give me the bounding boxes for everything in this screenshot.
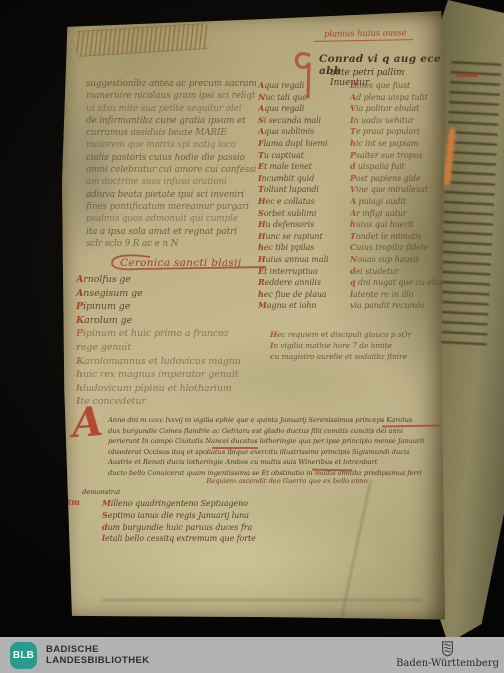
verse-row: Tollunt lupandi Vine que mirallevat: [258, 184, 448, 196]
library-name-line2: LANDESBIBLIOTHEK: [46, 655, 150, 667]
next-page-text-hint: [437, 61, 502, 348]
verse-left-item: Tu captiuat: [258, 150, 350, 162]
verse-left-item: Flama dupl hiemi: [258, 138, 350, 150]
verse-row: Si secunda mali In uadis uehitur: [258, 115, 448, 127]
verse-row: Aqua regali Via politor ebulat: [258, 103, 448, 115]
section-heading: Ceronica sancti blasij: [120, 257, 241, 269]
library-name: BADISCHE LANDESBIBLIOTHEK: [46, 644, 150, 667]
verse-left-item: Aqua sublimis: [258, 126, 350, 138]
genealogy-line: hludovicum pipinu et hlotharium: [76, 382, 306, 396]
verse-row: Nuc tali que Ad plena uispa tulit: [258, 92, 448, 104]
manuscript-line: ut idsu mite sua petite sequitur olei: [86, 103, 282, 115]
annal-line: Austrie et Renati ducis lothoringie Ambo…: [108, 457, 446, 468]
genealogy-line: Arnolfus ge: [76, 273, 306, 287]
chronogram-line: Milleno quadringenteno Septuageno: [102, 498, 256, 510]
chronogram-verse: Milleno quadringenteno SeptuagenoSeptimo…: [102, 498, 256, 545]
manuscript-line: adiuva beata pietate ipsi sci inveniri: [86, 189, 282, 201]
chronogram-line: Septimo ianus die regis Januarij luna: [102, 510, 256, 522]
chronogram-line: dum burgundie huic paruus duces fra: [102, 522, 256, 534]
annal-line: perierunt In campo Ciuitatis Nancei duca…: [108, 436, 446, 447]
verse-right-item: Te praui populari: [350, 126, 448, 138]
verse-row: Aqua regali Dines que fiust: [258, 80, 448, 92]
verse-row: Aqua sublimis Te praui populari: [258, 126, 448, 138]
verse-right-item: Nouas sup hausit: [350, 254, 448, 266]
verse-left-item: Hec e collatas: [258, 196, 350, 208]
verse-right-item: A puiagi audit: [350, 196, 448, 208]
verse-row: Tu captiuat Psalter sue tropus: [258, 150, 448, 162]
parchment-crease: [102, 599, 422, 601]
genealogy-line: Pipinum et huic primo a francoz: [76, 327, 306, 341]
library-name-line1: BADISCHE: [46, 644, 150, 656]
running-title: planius huius ausse: [314, 28, 413, 42]
photo-backdrop: planius huius ausse Conrad vi q aug ece …: [0, 0, 504, 673]
verse-row: Sorbet sublimi Ar infigi uatur: [258, 208, 448, 220]
verse-row: Incumbit quid Post papiens gide: [258, 173, 448, 185]
verse-row: Hu defensoris huius qui huerit: [258, 219, 448, 231]
chronogram-margin-label: Itm: [64, 497, 80, 507]
red-ink-mark: [456, 74, 478, 77]
parchment-stitch-repair: [75, 23, 208, 57]
verse-row: Et male tenet d uispalia fuit: [258, 161, 448, 173]
verse-right-item: Cuius tropibz fidele: [350, 242, 448, 254]
annal-line: obsederat Occisus itaq et spoliatus ibiq…: [108, 447, 446, 458]
annal-last-word: demonstrat: [82, 488, 121, 496]
manuscript-line: cialis pastoris cuius hodie die passio: [86, 152, 282, 164]
manuscript-line: de infirmantibz cune gratia ipsum et: [86, 115, 282, 127]
verse-right-item: dei studetur: [350, 266, 448, 278]
red-initial-letter: A: [71, 402, 105, 444]
verse-right-item: q dni nugat que cu eba: [350, 277, 448, 289]
verse-right-item: Ad plena uispa tulit: [350, 92, 448, 104]
manuscript-line: sclr sclo 9 R ac e n N: [86, 238, 282, 250]
verse-left-item: Aqua regali: [258, 80, 350, 92]
verse-left-item: Et male tenet: [258, 161, 350, 173]
verse-left-item: Si secunda mali: [258, 115, 350, 127]
state-branding: Baden-Württemberg: [396, 641, 499, 669]
verse-left-item: Aqua regali: [258, 103, 350, 115]
manuscript-line: omni celebratur cui amore cui confessi: [86, 164, 282, 176]
annal-line: dux burgundie Comes flandrie ac Gelriaru…: [108, 426, 446, 437]
verse-right-item: Ar infigi uatur: [350, 208, 448, 220]
parchment-crease: [338, 480, 371, 627]
verse-row: hec tibi ppilas Cuius tropibz fidele: [258, 242, 448, 254]
genealogy-list: Arnolfus geAnsegisum gePipinum geKarolum…: [76, 273, 306, 409]
verse-row: Huius annua mali Nouas sup hausit: [258, 254, 448, 266]
manuscript-line: maiorem que matris xpi natiq loco: [86, 139, 282, 151]
verse-right-item: Dines que fiust: [350, 80, 448, 92]
verse-left-item: Hu defensoris: [258, 219, 350, 231]
genealogy-line: Ite concedetur: [76, 395, 306, 409]
left-column-text: suggestionibz antea ac precum sacrammane…: [86, 78, 282, 250]
manuscript-line: psalmis quos admonuit qui cumple: [86, 213, 282, 225]
baden-wuerttemberg-coat-of-arms-icon: [441, 641, 454, 657]
manuscript-line: am doctrine suas infusa orationi: [86, 176, 282, 188]
chronogram-line: letali bello cessitq extremum que forte: [102, 533, 256, 545]
genealogy-line: Ansegisum ge: [76, 287, 306, 301]
manuscript-line: fines pontificatum mereamur purgari: [86, 201, 282, 213]
manuscript-line: curramus assiduis beate MARIE: [86, 127, 282, 139]
blb-logo: BLB: [10, 642, 37, 669]
genealogy-line: rege genuit: [76, 341, 306, 355]
verse-left-item: Tollunt lupandi: [258, 184, 350, 196]
annal-line: Anno dni m cccc lxxvij in vigilia ephie …: [108, 415, 446, 426]
library-footer: BLB BADISCHE LANDESBIBLIOTHEK Baden-Würt…: [0, 637, 504, 673]
genealogy-line: Karolomannus et ludovicus magnu: [76, 355, 306, 369]
verse-right-item: latente re in illo: [350, 289, 448, 301]
verse-row: Hec e collatas A puiagi audit: [258, 196, 448, 208]
verse-right-item: hic int se papiam: [350, 138, 448, 150]
manuscript-line: ita a ipsa sola amat et regnat patri: [86, 226, 282, 238]
verse-right-item: huius qui huerit: [350, 219, 448, 231]
verse-right-item: via pandit recumlo: [350, 300, 448, 312]
verse-row: Flama dupl hiemi hic int se papiam: [258, 138, 448, 150]
verse-row: Hunc se rapiunt Tondet le ministis: [258, 231, 448, 243]
verse-right-item: Vine que mirallevat: [350, 184, 448, 196]
manuscript-page: planius huius ausse Conrad vi q aug ece …: [62, 11, 445, 622]
verse-right-item: Tondet le ministis: [350, 231, 448, 243]
genealogy-line: Pipinum ge: [76, 300, 306, 314]
red-underline: [212, 447, 258, 449]
state-name: Baden-Württemberg: [396, 658, 499, 669]
blb-logo-text: BLB: [13, 650, 34, 661]
genealogy-line: huic rex magnus imperator genuit: [76, 368, 306, 382]
verse-right-item: d uispalia fuit: [350, 161, 448, 173]
verse-right-item: Via politor ebulat: [350, 103, 448, 115]
genealogy-line: Karolum ge: [76, 314, 306, 328]
annal-final-line: Requiem ascendit deo Guerra que ex bello…: [172, 477, 402, 485]
verse-left-item: Incumbit quid: [258, 173, 350, 185]
verse-right-item: Psalter sue tropus: [350, 150, 448, 162]
verse-left-item: Hunc se rapiunt: [258, 231, 350, 243]
verse-right-item: Post papiens gide: [350, 173, 448, 185]
verse-right-item: In uadis uehitur: [350, 115, 448, 127]
manuscript-line: maneruire nicolaus gram ipsi sci reliqt: [86, 90, 282, 102]
verse-left-item: Sorbet sublimi: [258, 208, 350, 220]
manuscript-line: suggestionibz antea ac precum sacram: [86, 78, 282, 90]
verse-left-item: Nuc tali que: [258, 92, 350, 104]
